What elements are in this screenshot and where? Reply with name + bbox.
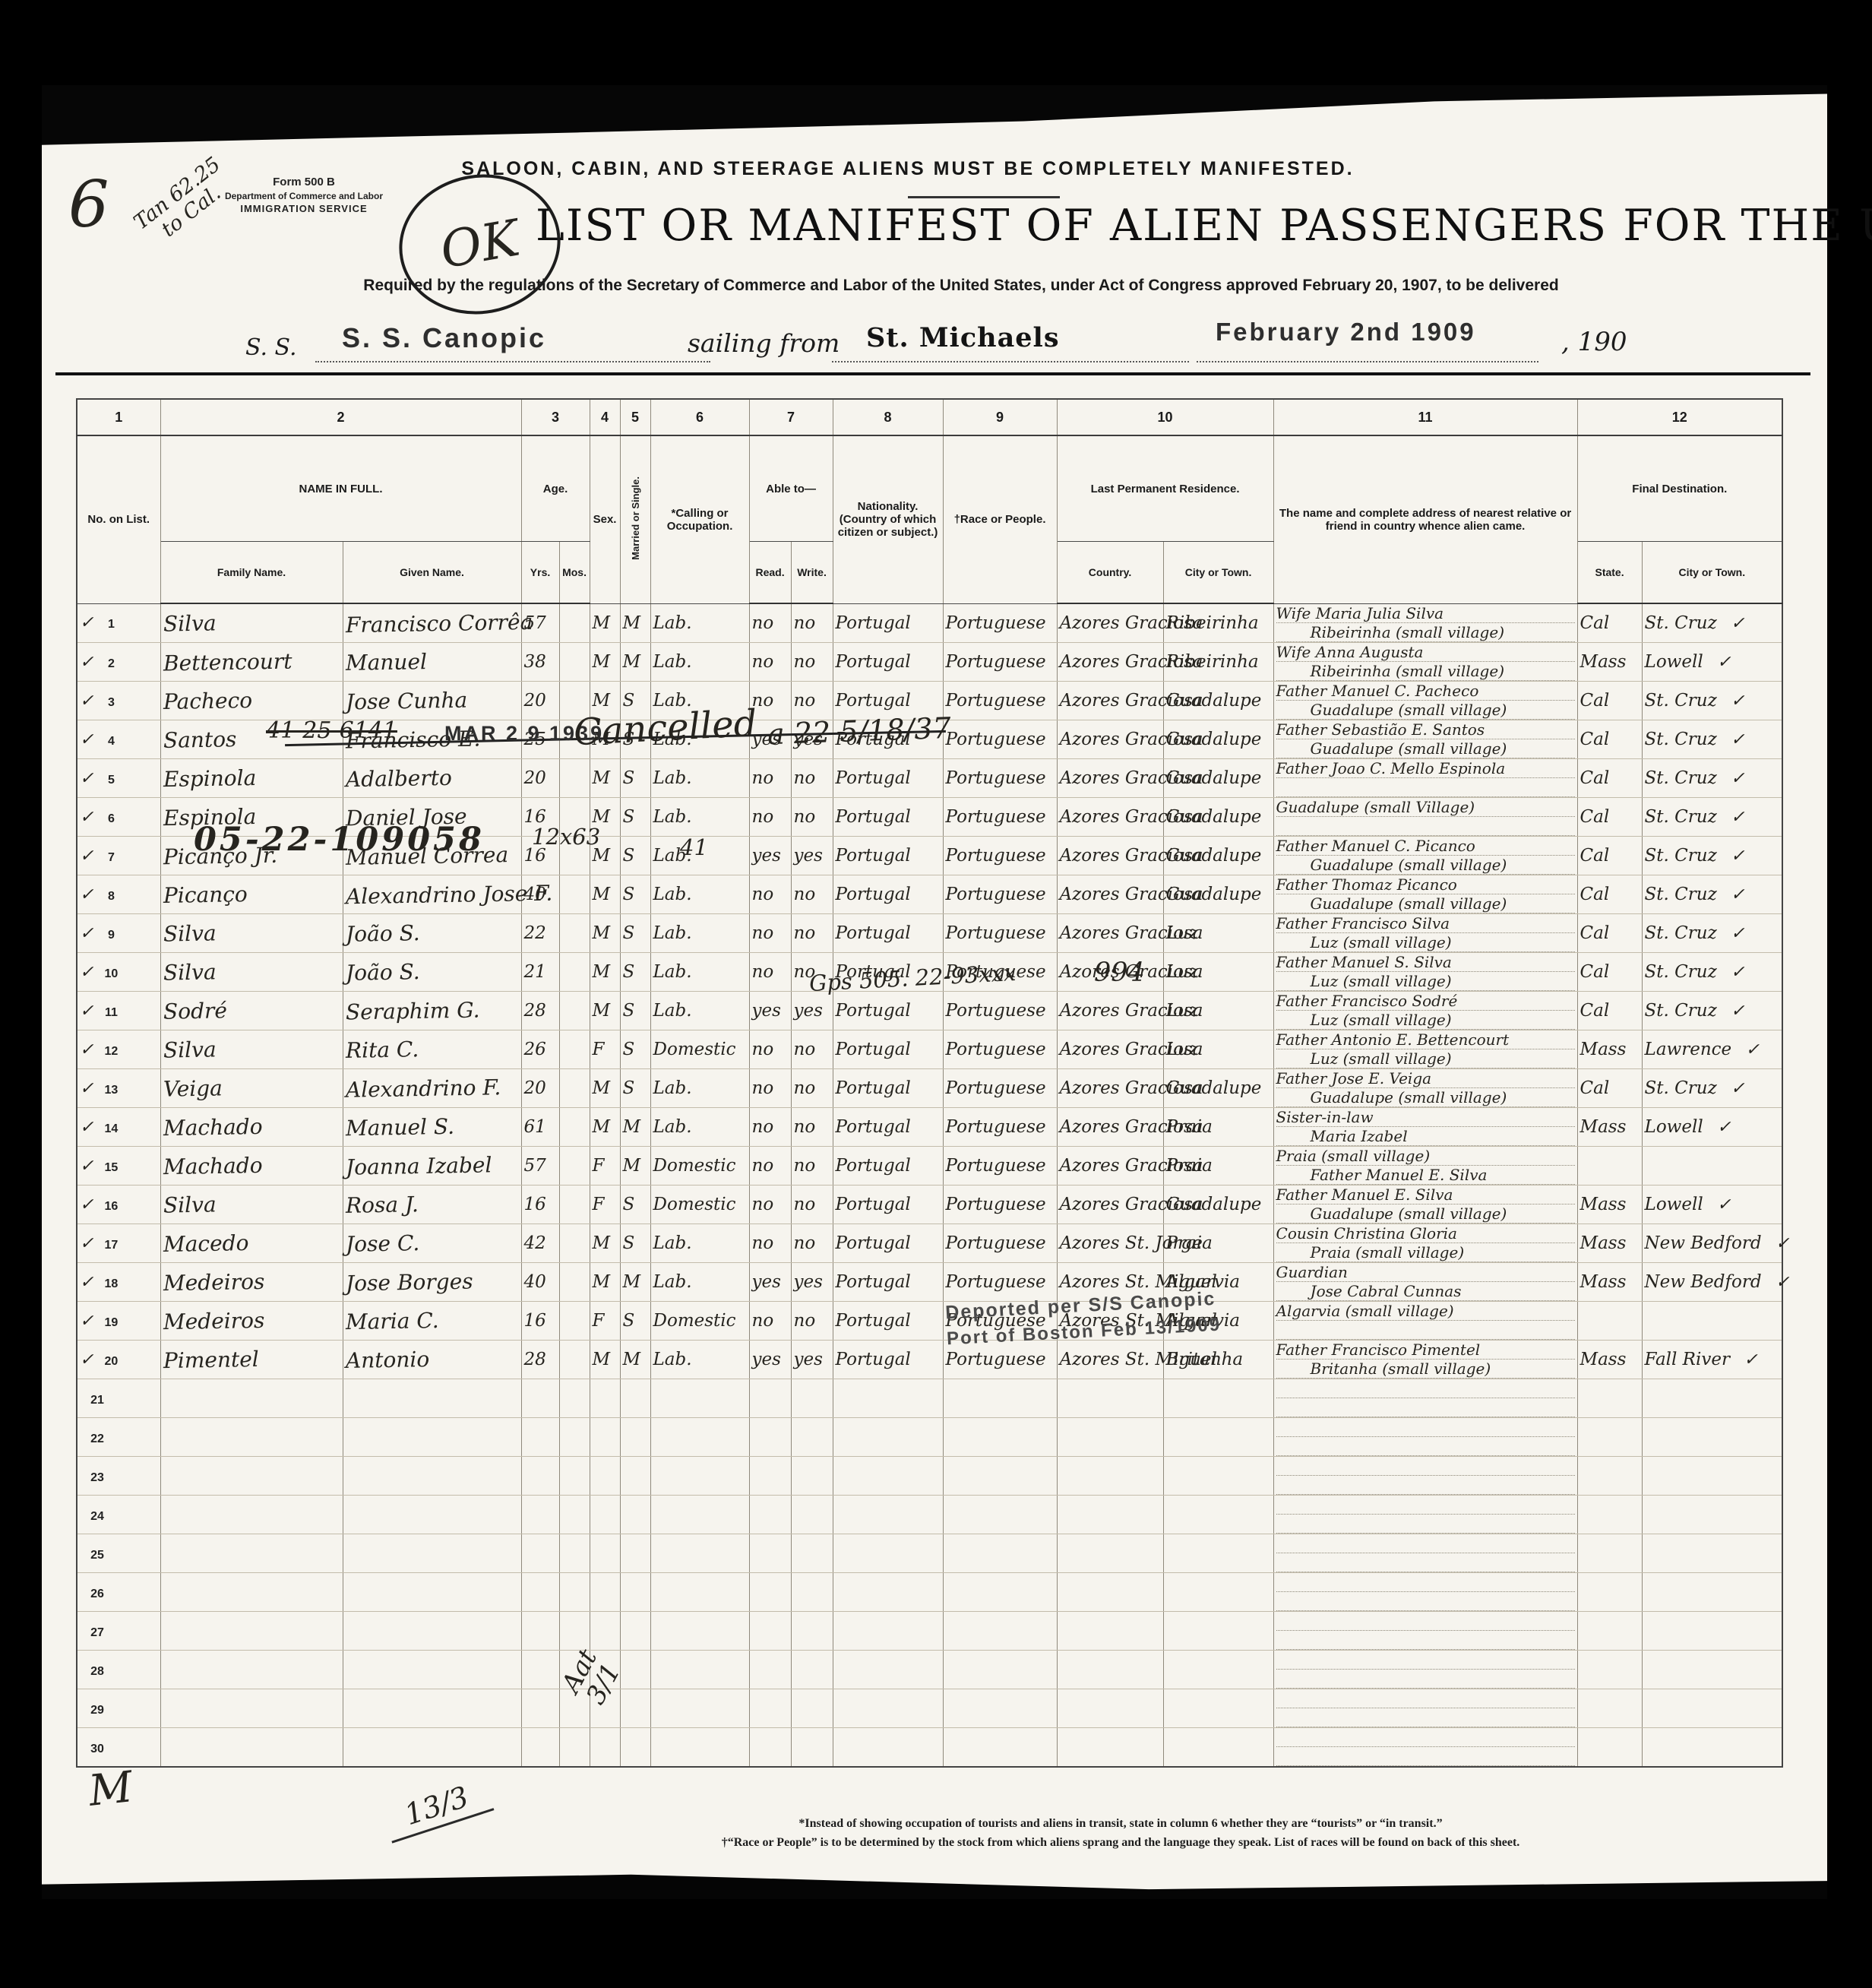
relative-line2: Guadalupe (small village) <box>1276 894 1575 913</box>
cell-residence-city: Guadalupe <box>1163 875 1273 914</box>
cell-row-number: 22 <box>77 1418 160 1457</box>
cell-relative: Father Francisco Pimentel Britanha (smal… <box>1273 1341 1577 1379</box>
cell-family-name: Picanço <box>160 875 343 914</box>
cell-write: no <box>791 1069 833 1108</box>
cell-destination-state <box>1577 1496 1642 1534</box>
cell-given-name: Seraphim G. <box>343 992 521 1030</box>
cell-occupation <box>650 1728 749 1768</box>
fraction-mark: 13/3 <box>381 1773 495 1843</box>
cell-age-yrs: 16 <box>521 1186 559 1224</box>
cell-married-or-single <box>620 1496 650 1534</box>
cell-relative: Wife Anna Augusta Ribeirinha (small vill… <box>1273 643 1577 682</box>
cell-row-number: ✓19 <box>77 1302 160 1341</box>
cell-relative: Algarvia (small village) <box>1273 1302 1577 1341</box>
cell-write <box>791 1651 833 1689</box>
cell-residence-country: Azores Graciosa <box>1057 837 1163 875</box>
relative-line2: Luz (small village) <box>1276 933 1575 952</box>
cell-row-number: ✓16 <box>77 1186 160 1224</box>
cell-given-name: Antonio <box>343 1341 521 1379</box>
relative-line1: Father Manuel E. Silva <box>1276 1186 1575 1205</box>
cell-row-number: 23 <box>77 1457 160 1496</box>
cell-residence-city: Guadalupe <box>1163 720 1273 759</box>
cell-sex: M <box>590 992 620 1030</box>
checkmark: ✓ <box>80 613 93 632</box>
cell-sex: M <box>590 1069 620 1108</box>
cell-residence-country: Azores Graciosa <box>1057 1108 1163 1147</box>
cell-relative <box>1273 1651 1577 1689</box>
cell-race: Portuguese <box>943 1224 1057 1263</box>
port-ruled-line <box>832 360 1189 362</box>
cell-nationality: Portugal <box>833 1302 943 1341</box>
relative-line2 <box>1276 1515 1575 1534</box>
cell-age-yrs <box>521 1651 559 1689</box>
cell-age-yrs: 16 <box>521 1302 559 1341</box>
cell-write: no <box>791 603 833 643</box>
cell-nationality: Portugal <box>833 992 943 1030</box>
cell-race: Portuguese <box>943 682 1057 720</box>
cell-race <box>943 1534 1057 1573</box>
manifest-row: ✓1 Silva Francisco Corrêa 57 M M Lab. no… <box>77 603 1782 643</box>
relative-line1 <box>1276 1728 1575 1747</box>
cell-age-yrs <box>521 1496 559 1534</box>
cell-given-name: Adalberto <box>343 759 521 798</box>
relative-line1 <box>1276 1651 1575 1670</box>
cell-row-number: 29 <box>77 1689 160 1728</box>
destination-checkmark: ✓ <box>1731 1002 1744 1021</box>
cell-sex <box>590 1457 620 1496</box>
header-city-or-town: City or Town. <box>1163 542 1273 604</box>
cell-race: Portuguese <box>943 643 1057 682</box>
service-name: IMMIGRATION SERVICE <box>198 202 410 216</box>
header-sex: Sex. <box>590 435 620 603</box>
cell-race: Portuguese <box>943 1263 1057 1302</box>
cell-nationality <box>833 1418 943 1457</box>
cell-write <box>791 1534 833 1573</box>
cell-race: Portuguese <box>943 1069 1057 1108</box>
cell-residence-country <box>1057 1728 1163 1768</box>
destination-checkmark: ✓ <box>1776 1234 1789 1253</box>
cell-age-yrs: 61 <box>521 1108 559 1147</box>
cell-read: yes <box>749 1341 791 1379</box>
cell-sex: M <box>590 1108 620 1147</box>
cell-occupation <box>650 1612 749 1651</box>
relative-line2 <box>1276 817 1575 836</box>
relative-line1: Father Manuel C. Pacheco <box>1276 682 1575 701</box>
cell-nationality: Portugal <box>833 1224 943 1263</box>
cell-read <box>749 1534 791 1573</box>
cell-destination-state: Mass <box>1577 1030 1642 1069</box>
manifest-row: ✓16 Silva Rosa J. 16 F S Domestic no no … <box>77 1186 1782 1224</box>
relative-line2: Luz (small village) <box>1276 1011 1575 1030</box>
cell-nationality: Portugal <box>833 1069 943 1108</box>
cell-write <box>791 1379 833 1418</box>
manifest-table: 1 2 3 4 5 6 7 8 9 10 11 12 No. on List. … <box>76 398 1783 1768</box>
cell-residence-country: Azores St. Jorge <box>1057 1224 1163 1263</box>
cell-row-number: ✓3 <box>77 682 160 720</box>
cell-nationality: Portugal <box>833 1186 943 1224</box>
cell-row-number: ✓1 <box>77 603 160 643</box>
relative-line1: Sister-in-law <box>1276 1108 1575 1127</box>
cell-family-name: Sodré <box>160 992 343 1030</box>
cell-occupation: Lab. <box>650 798 749 837</box>
cell-residence-city: Praia <box>1163 1147 1273 1186</box>
cell-sex <box>590 1573 620 1612</box>
cell-residence-country <box>1057 1612 1163 1651</box>
header-dest-city: City or Town. <box>1642 542 1782 604</box>
header-last-residence: Last Permanent Residence. <box>1057 435 1273 542</box>
scan-torn-edge-top <box>42 85 1827 147</box>
cell-given-name: Alexandrino F. <box>343 1069 521 1108</box>
cell-read: no <box>749 759 791 798</box>
cell-residence-city: Guadalupe <box>1163 837 1273 875</box>
checkmark: ✓ <box>80 808 93 827</box>
destination-checkmark: ✓ <box>1731 769 1744 788</box>
cell-destination-city <box>1642 1457 1782 1496</box>
cell-age-yrs: 38 <box>521 643 559 682</box>
header-nationality: Nationality. (Country of which citizen o… <box>833 435 943 603</box>
cell-relative: Father Manuel S. Silva Luz (small villag… <box>1273 953 1577 992</box>
cell-sex: M <box>590 914 620 953</box>
cell-family-name: Pacheco <box>160 682 343 720</box>
cell-occupation: Lab. <box>650 1341 749 1379</box>
cell-row-number: ✓4 <box>77 720 160 759</box>
cell-given-name <box>343 1689 521 1728</box>
cell-married-or-single: M <box>620 1263 650 1302</box>
cell-write: yes <box>791 837 833 875</box>
cell-destination-state: Cal <box>1577 759 1642 798</box>
col-num-4: 4 <box>590 399 620 435</box>
cell-relative: Father Manuel E. Silva Guadalupe (small … <box>1273 1186 1577 1224</box>
table-header: 1 2 3 4 5 6 7 8 9 10 11 12 No. on List. … <box>77 399 1782 603</box>
cell-residence-country <box>1057 1651 1163 1689</box>
cell-write <box>791 1728 833 1768</box>
checkmark: ✓ <box>80 1079 93 1098</box>
cell-read: no <box>749 798 791 837</box>
port-of-departure-stamp: St. Michaels <box>866 322 1060 353</box>
cell-write: yes <box>791 1263 833 1302</box>
cell-race <box>943 1379 1057 1418</box>
cell-row-number: ✓15 <box>77 1147 160 1186</box>
cell-residence-country <box>1057 1457 1163 1496</box>
cell-age-yrs: 28 <box>521 992 559 1030</box>
cell-destination-city: St. Cruz ✓ <box>1642 875 1782 914</box>
relative-line1: Father Thomaz Picanco <box>1276 875 1575 894</box>
cell-race <box>943 1689 1057 1728</box>
relative-line1: Praia (small village) <box>1276 1147 1575 1166</box>
table-top-rule <box>55 372 1810 375</box>
cell-race: Portuguese <box>943 603 1057 643</box>
cell-nationality: Portugal <box>833 837 943 875</box>
destination-checkmark: ✓ <box>1731 692 1744 711</box>
relative-line1: Father Francisco Pimentel <box>1276 1341 1575 1360</box>
cell-age-yrs: 57 <box>521 1147 559 1186</box>
relative-line1 <box>1276 1496 1575 1515</box>
cell-destination-state: Mass <box>1577 1341 1642 1379</box>
cell-married-or-single <box>620 1612 650 1651</box>
relative-line2: Maria Izabel <box>1276 1127 1575 1146</box>
relative-line1: Guadalupe (small Village) <box>1276 798 1575 817</box>
cell-nationality: Portugal <box>833 643 943 682</box>
cell-destination-city: Lowell ✓ <box>1642 1186 1782 1224</box>
page-title: LIST OR MANIFEST OF ALIEN PASSENGERS FOR… <box>536 201 1774 251</box>
cell-given-name: Rita C. <box>343 1030 521 1069</box>
cell-occupation <box>650 1379 749 1418</box>
cell-age-yrs <box>521 1418 559 1457</box>
manifest-row: 26 <box>77 1573 1782 1612</box>
cell-relative: Sister-in-law Maria Izabel <box>1273 1108 1577 1147</box>
cell-destination-state: Cal <box>1577 603 1642 643</box>
cell-occupation: Lab. <box>650 1108 749 1147</box>
cell-given-name: Jose Cunha <box>343 682 521 720</box>
cell-destination-city: St. Cruz ✓ <box>1642 992 1782 1030</box>
cell-write: no <box>791 1186 833 1224</box>
cell-race <box>943 1496 1057 1534</box>
relative-line2: Jose Cabral Cunnas <box>1276 1282 1575 1301</box>
cell-residence-city: Praia <box>1163 1224 1273 1263</box>
header-relative: The name and complete address of nearest… <box>1273 435 1577 603</box>
manifest-rows: ✓1 Silva Francisco Corrêa 57 M M Lab. no… <box>77 603 1782 1767</box>
destination-checkmark: ✓ <box>1731 847 1744 866</box>
cell-destination-state: Mass <box>1577 1224 1642 1263</box>
manifest-row: 21 <box>77 1379 1782 1418</box>
cell-sex: M <box>590 643 620 682</box>
cell-write: no <box>791 1030 833 1069</box>
cell-age-yrs: 20 <box>521 682 559 720</box>
cell-occupation <box>650 1418 749 1457</box>
relative-line2: Guadalupe (small village) <box>1276 701 1575 720</box>
cell-occupation <box>650 1534 749 1573</box>
cell-residence-city: Guadalupe <box>1163 759 1273 798</box>
footnote-race: †“Race or People” is to be determined by… <box>528 1834 1713 1853</box>
cell-age-mos <box>559 1418 590 1457</box>
cell-read: no <box>749 603 791 643</box>
cell-row-number: ✓14 <box>77 1108 160 1147</box>
checkmark: ✓ <box>80 730 93 749</box>
cell-sex <box>590 1534 620 1573</box>
cell-residence-city <box>1163 1379 1273 1418</box>
cell-read: no <box>749 914 791 953</box>
cell-relative: Father Francisco Sodré Luz (small villag… <box>1273 992 1577 1030</box>
cell-residence-city: Ribeirinha <box>1163 603 1273 643</box>
cell-nationality: Portugal <box>833 1341 943 1379</box>
relative-line1: Wife Anna Augusta <box>1276 643 1575 662</box>
relative-line1: Father Antonio E. Bettencourt <box>1276 1030 1575 1049</box>
cell-occupation: Lab. <box>650 992 749 1030</box>
manifest-row: ✓8 Picanço Alexandrino Jose F. 40 M S La… <box>77 875 1782 914</box>
manifest-row: ✓14 Machado Manuel S. 61 M M Lab. no no … <box>77 1108 1782 1147</box>
cell-read: no <box>749 1302 791 1341</box>
col-num-7: 7 <box>749 399 833 435</box>
cell-nationality: Portugal <box>833 798 943 837</box>
cell-relative <box>1273 1728 1577 1768</box>
col-num-1: 1 <box>77 399 160 435</box>
cell-occupation: Lab. <box>650 1224 749 1263</box>
manifest-row: ✓9 Silva João S. 22 M S Lab. no no Portu… <box>77 914 1782 953</box>
cell-destination-state: Mass <box>1577 1186 1642 1224</box>
checkmark: ✓ <box>80 1195 93 1214</box>
cell-family-name: Silva <box>160 1186 343 1224</box>
cell-row-number: ✓11 <box>77 992 160 1030</box>
cell-nationality: Portugal <box>833 1030 943 1069</box>
cell-destination-city: Lowell ✓ <box>1642 643 1782 682</box>
cell-residence-country: Azores Graciosa <box>1057 1147 1163 1186</box>
cell-destination-city: St. Cruz ✓ <box>1642 759 1782 798</box>
cell-age-mos <box>559 1302 590 1341</box>
cell-residence-country <box>1057 1573 1163 1612</box>
cell-age-mos <box>559 1030 590 1069</box>
cell-relative: Guadalupe (small Village) <box>1273 798 1577 837</box>
cell-nationality: Portugal <box>833 1147 943 1186</box>
cell-given-name: Joanna Izabel <box>343 1147 521 1186</box>
cell-destination-city: St. Cruz ✓ <box>1642 798 1782 837</box>
cell-destination-city: Fall River ✓ <box>1642 1341 1782 1379</box>
cell-destination-city <box>1642 1379 1782 1418</box>
cell-age-mos <box>559 1108 590 1147</box>
cell-race: Portuguese <box>943 720 1057 759</box>
cell-sex <box>590 1379 620 1418</box>
cell-age-mos <box>559 759 590 798</box>
checkmark: ✓ <box>80 1234 93 1253</box>
cell-sex: F <box>590 1302 620 1341</box>
cell-married-or-single: M <box>620 1108 650 1147</box>
relative-line1 <box>1276 1534 1575 1553</box>
manifest-row: 25 <box>77 1534 1782 1573</box>
relative-line2: Luz (small village) <box>1276 972 1575 991</box>
cell-sex <box>590 1418 620 1457</box>
cell-destination-city: St. Cruz ✓ <box>1642 837 1782 875</box>
col-num-9: 9 <box>943 399 1057 435</box>
cell-married-or-single: M <box>620 1341 650 1379</box>
cell-age-mos <box>559 1728 590 1768</box>
header-final-destination: Final Destination. <box>1577 435 1782 542</box>
cell-nationality <box>833 1457 943 1496</box>
cell-row-number: 30 <box>77 1728 160 1768</box>
cell-occupation <box>650 1689 749 1728</box>
cell-relative: Father Manuel C. Pacheco Guadalupe (smal… <box>1273 682 1577 720</box>
cell-write: no <box>791 682 833 720</box>
cell-married-or-single: S <box>620 798 650 837</box>
cell-occupation: Lab. <box>650 953 749 992</box>
manifest-row: ✓20 Pimentel Antonio 28 M M Lab. yes yes… <box>77 1341 1782 1379</box>
col-num-3: 3 <box>521 399 590 435</box>
cell-family-name <box>160 1496 343 1534</box>
cell-read <box>749 1728 791 1768</box>
cell-sex <box>590 1496 620 1534</box>
cell-race: Portuguese <box>943 1108 1057 1147</box>
cell-residence-city: Praia <box>1163 1108 1273 1147</box>
cell-married-or-single: S <box>620 837 650 875</box>
relative-line1: Father Francisco Sodré <box>1276 992 1575 1011</box>
year-printed-suffix: , 190 <box>1561 327 1627 357</box>
cell-destination-state: Cal <box>1577 914 1642 953</box>
relative-line1 <box>1276 1612 1575 1631</box>
cell-married-or-single: S <box>620 914 650 953</box>
cell-married-or-single: M <box>620 1147 650 1186</box>
cell-age-mos <box>559 643 590 682</box>
header-dest-state: State. <box>1577 542 1642 604</box>
cell-sex: F <box>590 1147 620 1186</box>
relative-line2 <box>1276 1631 1575 1650</box>
relative-line1: Father Jose E. Veiga <box>1276 1069 1575 1088</box>
cell-residence-city <box>1163 1651 1273 1689</box>
cell-age-yrs <box>521 1728 559 1768</box>
relative-line2 <box>1276 1437 1575 1456</box>
checkmark: ✓ <box>80 885 93 904</box>
cell-race: Portuguese <box>943 1030 1057 1069</box>
header-race: †Race or People. <box>943 435 1057 603</box>
cell-read: yes <box>749 992 791 1030</box>
cell-married-or-single: S <box>620 1302 650 1341</box>
cell-married-or-single: M <box>620 603 650 643</box>
cell-nationality <box>833 1728 943 1768</box>
cell-married-or-single: S <box>620 1069 650 1108</box>
cell-residence-country <box>1057 1689 1163 1728</box>
cell-row-number: ✓7 <box>77 837 160 875</box>
cell-destination-state: Cal <box>1577 875 1642 914</box>
cell-read: no <box>749 875 791 914</box>
cell-family-name <box>160 1573 343 1612</box>
cell-age-mos <box>559 603 590 643</box>
cell-sex <box>590 1728 620 1768</box>
cell-destination-city <box>1642 1418 1782 1457</box>
cell-read: no <box>749 1069 791 1108</box>
cell-race <box>943 1728 1057 1768</box>
cell-destination-city <box>1642 1573 1782 1612</box>
cell-given-name: João S. <box>343 914 521 953</box>
cell-sex: M <box>590 1263 620 1302</box>
cancel-numbers: a 22 5/18/37 <box>767 711 951 751</box>
cell-destination-city: St. Cruz ✓ <box>1642 720 1782 759</box>
ship-name-ruled-line <box>315 360 710 362</box>
cell-read <box>749 1457 791 1496</box>
cell-row-number: 27 <box>77 1612 160 1651</box>
cell-residence-city: Luz <box>1163 953 1273 992</box>
cell-family-name <box>160 1418 343 1457</box>
cell-read: no <box>749 1030 791 1069</box>
cell-destination-city: St. Cruz ✓ <box>1642 682 1782 720</box>
cell-destination-state: Mass <box>1577 1108 1642 1147</box>
destination-checkmark: ✓ <box>1731 963 1744 982</box>
col-num-11: 11 <box>1273 399 1577 435</box>
cell-residence-country: Azores Graciosa <box>1057 875 1163 914</box>
sailing-date-stamp: February 2nd 1909 <box>1216 318 1476 347</box>
cell-destination-city <box>1642 1612 1782 1651</box>
cell-age-mos <box>559 1069 590 1108</box>
cell-read: no <box>749 643 791 682</box>
cell-destination-state: Cal <box>1577 1069 1642 1108</box>
cell-row-number: ✓9 <box>77 914 160 953</box>
cell-destination-state: Cal <box>1577 992 1642 1030</box>
relative-line2: Guadalupe (small village) <box>1276 856 1575 875</box>
relative-line2: Guadalupe (small village) <box>1276 1088 1575 1107</box>
cell-destination-state <box>1577 1457 1642 1496</box>
row10-extra-note: 994 <box>1094 958 1145 988</box>
cell-family-name: Veiga <box>160 1069 343 1108</box>
cell-family-name: Medeiros <box>160 1263 343 1302</box>
cell-row-number: ✓6 <box>77 798 160 837</box>
cell-race: Portuguese <box>943 798 1057 837</box>
cell-given-name: Alexandrino Jose F. <box>343 875 521 914</box>
cell-destination-city: New Bedford ✓ <box>1642 1263 1782 1302</box>
col-num-2: 2 <box>160 399 521 435</box>
cell-row-number: 24 <box>77 1496 160 1534</box>
cell-family-name <box>160 1689 343 1728</box>
cell-family-name: Silva <box>160 914 343 953</box>
cell-family-name <box>160 1457 343 1496</box>
cell-nationality <box>833 1496 943 1534</box>
cell-residence-country: Azores Graciosa <box>1057 992 1163 1030</box>
cell-write <box>791 1612 833 1651</box>
